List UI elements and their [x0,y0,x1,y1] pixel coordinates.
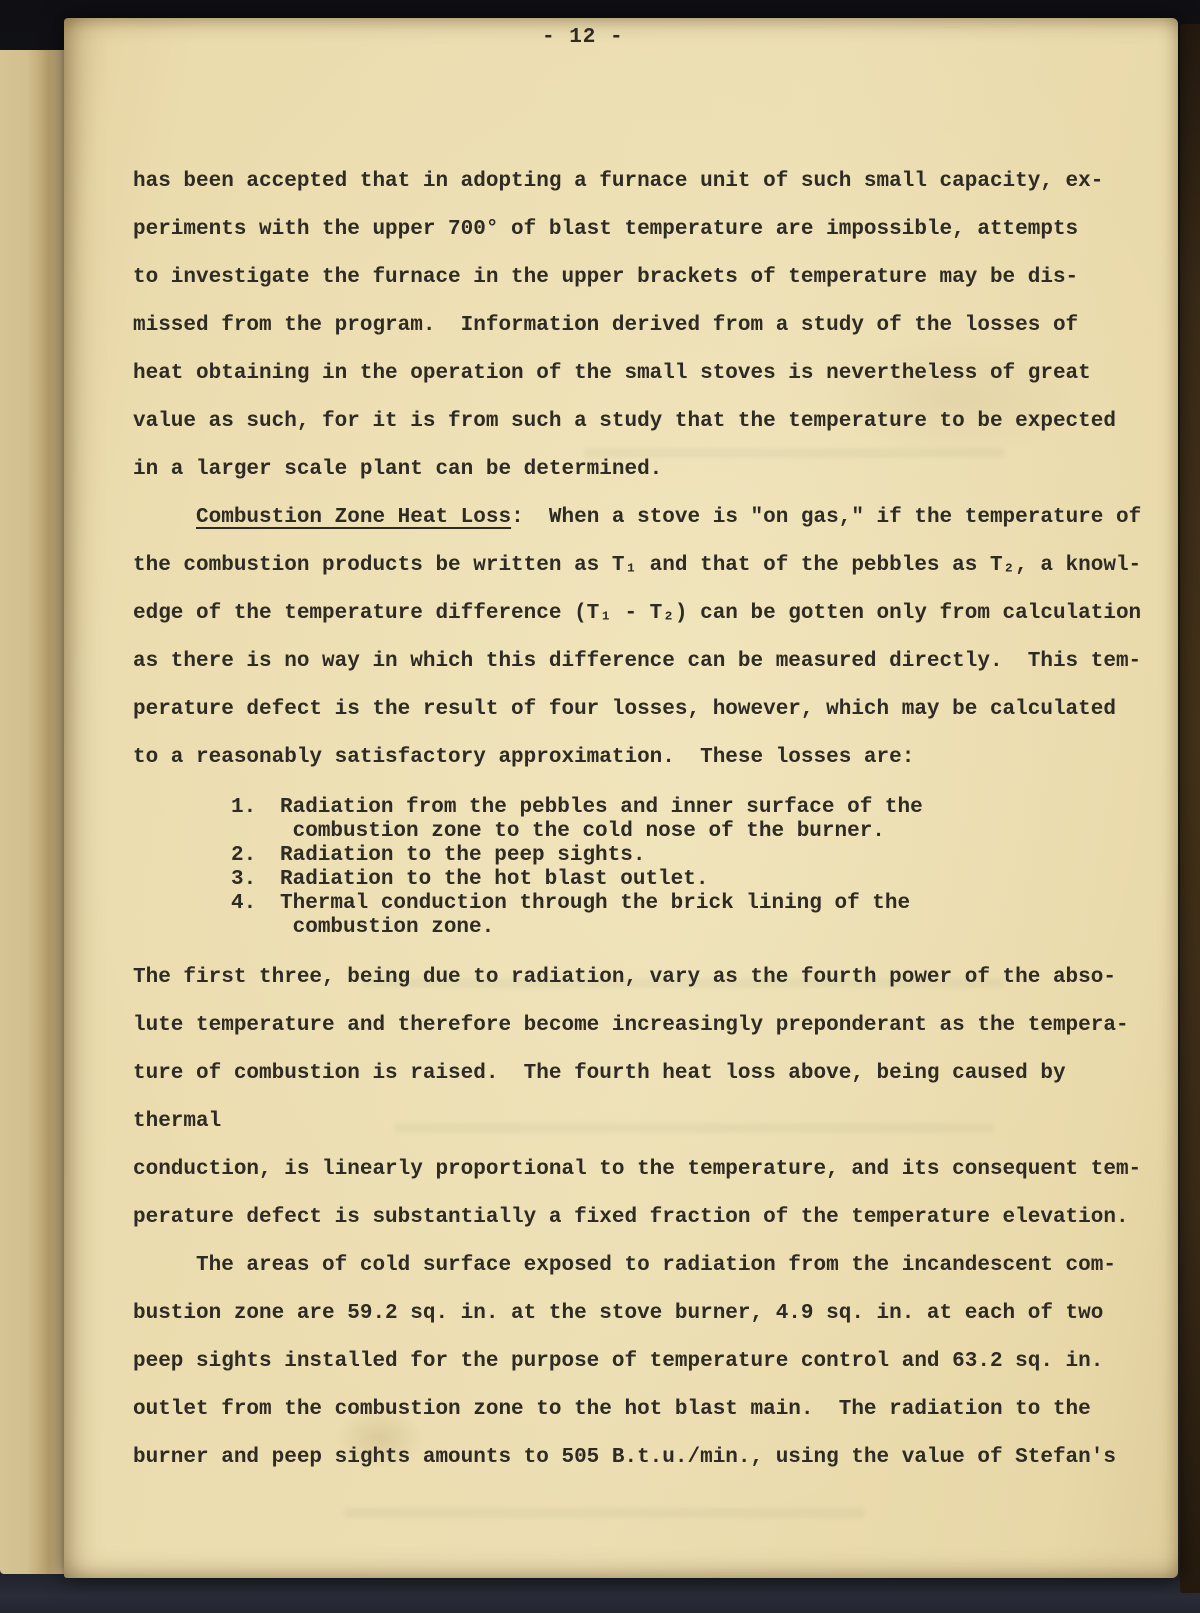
underlying-page-edge [0,50,68,1574]
page-number: - 12 - [542,26,624,49]
paragraph-radiation-losses: The first three, being due to radiation,… [133,954,1166,1242]
list-item-text: Thermal conduction through the brick lin… [280,892,910,940]
document-page: - 12 - has been accepted that in adoptin… [64,18,1178,1578]
book-spine-right-edge [1180,24,1200,1593]
list-item-text: Radiation to the hot blast outlet. [280,868,708,892]
list-item: 2. Radiation to the peep sights. [231,844,1166,868]
list-item-text: Radiation from the pebbles and inner sur… [280,796,923,844]
list-item: 1. Radiation from the pebbles and inner … [231,796,1166,844]
list-item-number: 1. [231,796,280,844]
list-item: 4. Thermal conduction through the brick … [231,892,1166,940]
paragraph-indent [133,506,196,529]
list-item-text: Radiation to the peep sights. [280,844,645,868]
paragraph-combustion-zone: Combustion Zone Heat Loss: When a stove … [133,494,1166,782]
paragraph-continuation: has been accepted that in adopting a fur… [133,158,1166,494]
scanned-book-photo: - 12 - has been accepted that in adoptin… [0,0,1200,1613]
list-item-number: 3. [231,868,280,892]
list-item-number: 4. [231,892,280,940]
section-body-text: : When a stove is "on gas," if the tempe… [133,506,1141,769]
list-item: 3. Radiation to the hot blast outlet. [231,868,1166,892]
ink-bleed-through [344,1508,864,1518]
heat-loss-list: 1. Radiation from the pebbles and inner … [231,796,1166,940]
paragraph-cold-surface-areas: The areas of cold surface exposed to rad… [133,1242,1166,1482]
section-heading-combustion-zone-heat-loss: Combustion Zone Heat Loss [196,506,511,529]
list-item-number: 2. [231,844,280,868]
page-body-text: has been accepted that in adopting a fur… [133,158,1166,1482]
